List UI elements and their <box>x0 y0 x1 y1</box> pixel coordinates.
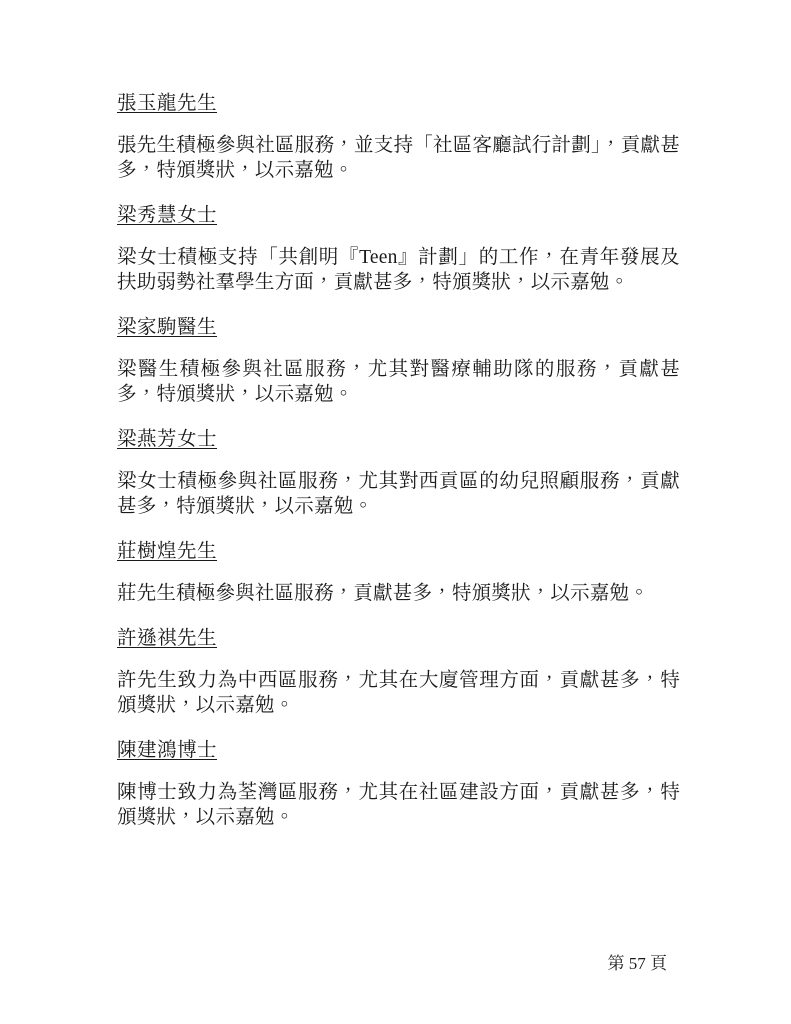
award-entry: 梁秀慧女士 梁女士積極支持「共創明『Teen』計劃」的工作，在青年發展及扶助弱勢… <box>117 203 680 295</box>
award-entry: 梁燕芳女士 梁女士積極參與社區服務，尤其對西貢區的幼兒照顧服務，貢獻甚多，特頒獎… <box>117 427 680 519</box>
citation-paragraph: 許先生致力為中西區服務，尤其在大廈管理方面，貢獻甚多，特頒獎狀，以示嘉勉。 <box>117 668 680 718</box>
awardee-name-heading: 陳建鴻博士 <box>117 738 680 763</box>
award-entry: 陳建鴻博士 陳博士致力為荃灣區服務，尤其在社區建設方面，貢獻甚多，特頒獎狀，以示… <box>117 738 680 830</box>
citation-paragraph: 張先生積極參與社區服務，並支持「社區客廳試行計劃」，貢獻甚多，特頒獎狀，以示嘉勉… <box>117 133 680 183</box>
awardee-name-heading: 梁家駒醫生 <box>117 315 680 340</box>
award-entry: 莊樹煌先生 莊先生積極參與社區服務，貢獻甚多，特頒獎狀，以示嘉勉。 <box>117 539 680 606</box>
citation-paragraph: 梁女士積極支持「共創明『Teen』計劃」的工作，在青年發展及扶助弱勢社羣學生方面… <box>117 245 680 295</box>
award-entry: 許遜祺先生 許先生致力為中西區服務，尤其在大廈管理方面，貢獻甚多，特頒獎狀，以示… <box>117 626 680 718</box>
citation-paragraph: 陳博士致力為荃灣區服務，尤其在社區建設方面，貢獻甚多，特頒獎狀，以示嘉勉。 <box>117 780 680 830</box>
citation-paragraph: 梁醫生積極參與社區服務，尤其對醫療輔助隊的服務，貢獻甚多，特頒獎狀，以示嘉勉。 <box>117 357 680 407</box>
award-entry: 梁家駒醫生 梁醫生積極參與社區服務，尤其對醫療輔助隊的服務，貢獻甚多，特頒獎狀，… <box>117 315 680 407</box>
citation-paragraph: 莊先生積極參與社區服務，貢獻甚多，特頒獎狀，以示嘉勉。 <box>117 581 680 606</box>
awardee-name-heading: 張玉龍先生 <box>117 91 680 116</box>
citation-paragraph: 梁女士積極參與社區服務，尤其對西貢區的幼兒照顧服務，貢獻甚多，特頒獎狀，以示嘉勉… <box>117 469 680 519</box>
page-number: 第 57 頁 <box>0 953 667 975</box>
award-entry: 張玉龍先生 張先生積極參與社區服務，並支持「社區客廳試行計劃」，貢獻甚多，特頒獎… <box>117 91 680 183</box>
awardee-name-heading: 梁燕芳女士 <box>117 427 680 452</box>
awardee-name-heading: 莊樹煌先生 <box>117 539 680 564</box>
awardee-name-heading: 梁秀慧女士 <box>117 203 680 228</box>
document-content: 張玉龍先生 張先生積極參與社區服務，並支持「社區客廳試行計劃」，貢獻甚多，特頒獎… <box>117 91 680 850</box>
awardee-name-heading: 許遜祺先生 <box>117 626 680 651</box>
